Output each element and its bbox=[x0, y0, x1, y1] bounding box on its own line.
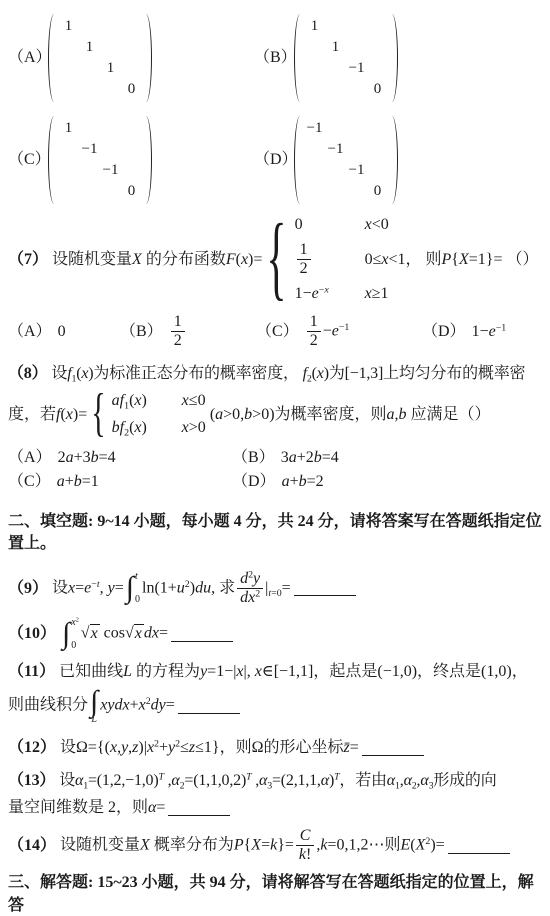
question-11-number: （11） bbox=[8, 661, 55, 683]
matrix-options-grid: （A） 1110 （B） 11−10 （C） 1−1−10 （D bbox=[8, 14, 542, 204]
question-10: （10） ∫x20√x cos√xdx= bbox=[8, 617, 542, 651]
question-7-piecewise: { 0 x<0 12 0≤x<1， 1−e−x x≥1 bbox=[266, 214, 421, 305]
case-row: 0 x<0 bbox=[295, 214, 422, 236]
q7-option-c: （C） 12−e−1 bbox=[256, 313, 422, 351]
question-7-tail: 则P{X=1}= （） bbox=[426, 249, 539, 271]
question-13-text2: 量空间维数是 2，则α= bbox=[8, 797, 165, 819]
question-13-number: （13） bbox=[8, 770, 55, 792]
matrix-paren-right bbox=[386, 116, 398, 204]
question-8-line2: 度，若f(x)= { af1(x) x≤0 bf2(x) x>0 (a>0,b>… bbox=[8, 390, 542, 438]
question-14: （14） 设随机变量X 概率分布为P{X=k}=Ck!,k=0,1,2⋯则E(X… bbox=[8, 827, 542, 865]
question-14-number: （14） bbox=[8, 835, 56, 857]
option-label-d: （D） bbox=[254, 149, 294, 171]
question-13-line2: 量空间维数是 2，则α= bbox=[8, 797, 542, 819]
q8-option-c: （C） a+b=1 bbox=[8, 471, 232, 493]
section-3-heading: 三、解答题: 15~23 小题，共 94 分，请将解答写在答题纸指定的位置上，解… bbox=[8, 872, 542, 916]
matrix-d-grid: −1−1−10 bbox=[303, 116, 389, 204]
option-label-b: （B） bbox=[254, 47, 294, 69]
question-11-line2: 则曲线积分∫Lxydx+x2dy= bbox=[8, 687, 542, 725]
answer-blank-q9 bbox=[294, 580, 356, 596]
question-11-text2: 则曲线积分∫Lxydx+x2dy= bbox=[8, 687, 175, 725]
case-row: af1(x) x≤0 bbox=[112, 390, 206, 412]
matrix-option-d: （D） −1−1−10 bbox=[254, 116, 542, 204]
answer-blank-q13 bbox=[168, 800, 230, 816]
section-2-heading: 二、填空题: 9~14 小题，每小题 4 分，共 24 分，请将答案写在答题纸指… bbox=[8, 511, 542, 556]
question-7-text: 设随机变量X 的分布函数F(x)= bbox=[52, 249, 262, 271]
matrix-a-grid: 1110 bbox=[57, 14, 143, 102]
matrix-b: 11−10 bbox=[294, 14, 398, 102]
question-11-line1: （11） 已知曲线L 的方程为y=1−|x|, x∈[−1,1]，起点是(−1,… bbox=[8, 661, 542, 683]
matrix-d: −1−1−10 bbox=[294, 116, 398, 204]
q7-option-a: （A） 0 bbox=[8, 321, 120, 343]
q7-option-b: （B） 12 bbox=[120, 313, 256, 351]
question-14-text: 设随机变量X 概率分布为P{X=k}=Ck!,k=0,1,2⋯则E(X2)= bbox=[60, 827, 445, 865]
q7-option-d: （D） 1−e−1 bbox=[422, 321, 506, 343]
matrix-b-grid: 11−10 bbox=[303, 14, 389, 102]
matrix-option-a: （A） 1110 bbox=[8, 14, 254, 102]
answer-blank-q14 bbox=[448, 837, 510, 853]
case-row: 1−e−x x≥1 bbox=[295, 283, 422, 305]
question-9: （9） 设x=e−t, y=∫t0ln(1+u2)du, 求d2ydx2|t=0… bbox=[8, 570, 542, 608]
q8-option-b: （B） 3a+2b=4 bbox=[232, 447, 542, 469]
case-row: 12 0≤x<1， bbox=[295, 241, 422, 279]
question-7-stem: （7） 设随机变量X 的分布函数F(x)= { 0 x<0 12 0≤x<1， … bbox=[8, 214, 542, 305]
left-brace: { bbox=[91, 388, 105, 441]
question-12: （12） 设Ω={(x,y,z)|x2+y2≤z≤1}，则Ω的形心坐标z̄= bbox=[8, 737, 542, 759]
case-row: bf2(x) x>0 bbox=[112, 417, 206, 439]
question-8-options: （A） 2a+3b=4 （B） 3a+2b=4 （C） a+b=1 （D） a+… bbox=[8, 447, 542, 493]
question-13-line1: （13） 设α1=(1,2,−1,0)T ,α2=(1,1,0,2)T ,α3=… bbox=[8, 770, 542, 792]
matrix-option-b: （B） 11−10 bbox=[254, 14, 542, 102]
option-label-c: （C） bbox=[8, 149, 48, 171]
answer-blank-q11 bbox=[178, 698, 240, 714]
question-10-text: ∫x20√x cos√xdx= bbox=[60, 617, 168, 651]
matrix-option-c: （C） 1−1−10 bbox=[8, 116, 254, 204]
question-8-text2: 度，若f(x)= bbox=[8, 404, 87, 426]
exam-page: （A） 1110 （B） 11−10 （C） 1−1−10 （D bbox=[0, 0, 550, 916]
answer-blank-q10 bbox=[171, 626, 233, 642]
question-10-number: （10） bbox=[8, 623, 56, 645]
question-7-number: （7） bbox=[8, 249, 48, 271]
matrix-paren-right bbox=[386, 14, 398, 102]
question-8-line1: （8） 设f1(x)为标准正态分布的概率密度， f2(x)为[−1,3]上均匀分… bbox=[8, 363, 542, 385]
option-label-a: （A） bbox=[8, 47, 48, 69]
question-8-number: （8） bbox=[8, 363, 47, 385]
matrix-a: 1110 bbox=[48, 14, 152, 102]
question-11-text1: 已知曲线L 的方程为y=1−|x|, x∈[−1,1]，起点是(−1,0)，终点… bbox=[59, 661, 528, 683]
left-brace: { bbox=[266, 212, 286, 307]
question-8-piecewise: { af1(x) x≤0 bf2(x) x>0 bbox=[91, 390, 206, 438]
question-8-text1: 设f1(x)为标准正态分布的概率密度， f2(x)为[−1,3]上均匀分布的概率… bbox=[51, 363, 525, 385]
matrix-paren-right bbox=[140, 14, 152, 102]
question-9-text: 设x=e−t, y=∫t0ln(1+u2)du, 求d2ydx2|t=0= bbox=[52, 570, 291, 608]
question-7-options: （A） 0 （B） 12 （C） 12−e−1 （D） 1−e−1 bbox=[8, 313, 542, 351]
answer-blank-q12 bbox=[362, 740, 424, 756]
question-12-text: 设Ω={(x,y,z)|x2+y2≤z≤1}，则Ω的形心坐标z̄= bbox=[60, 737, 359, 759]
q8-option-d: （D） a+b=2 bbox=[232, 471, 542, 493]
matrix-c: 1−1−10 bbox=[48, 116, 152, 204]
question-9-number: （9） bbox=[8, 578, 48, 600]
question-8-text3: (a>0,b>0)为概率密度，则a,b 应满足（） bbox=[210, 404, 491, 426]
question-13-text1: 设α1=(1,2,−1,0)T ,α2=(1,1,0,2)T ,α3=(2,1,… bbox=[59, 770, 496, 792]
question-12-number: （12） bbox=[8, 737, 56, 759]
q8-option-a: （A） 2a+3b=4 bbox=[8, 447, 232, 469]
matrix-c-grid: 1−1−10 bbox=[57, 116, 143, 204]
matrix-paren-right bbox=[140, 116, 152, 204]
